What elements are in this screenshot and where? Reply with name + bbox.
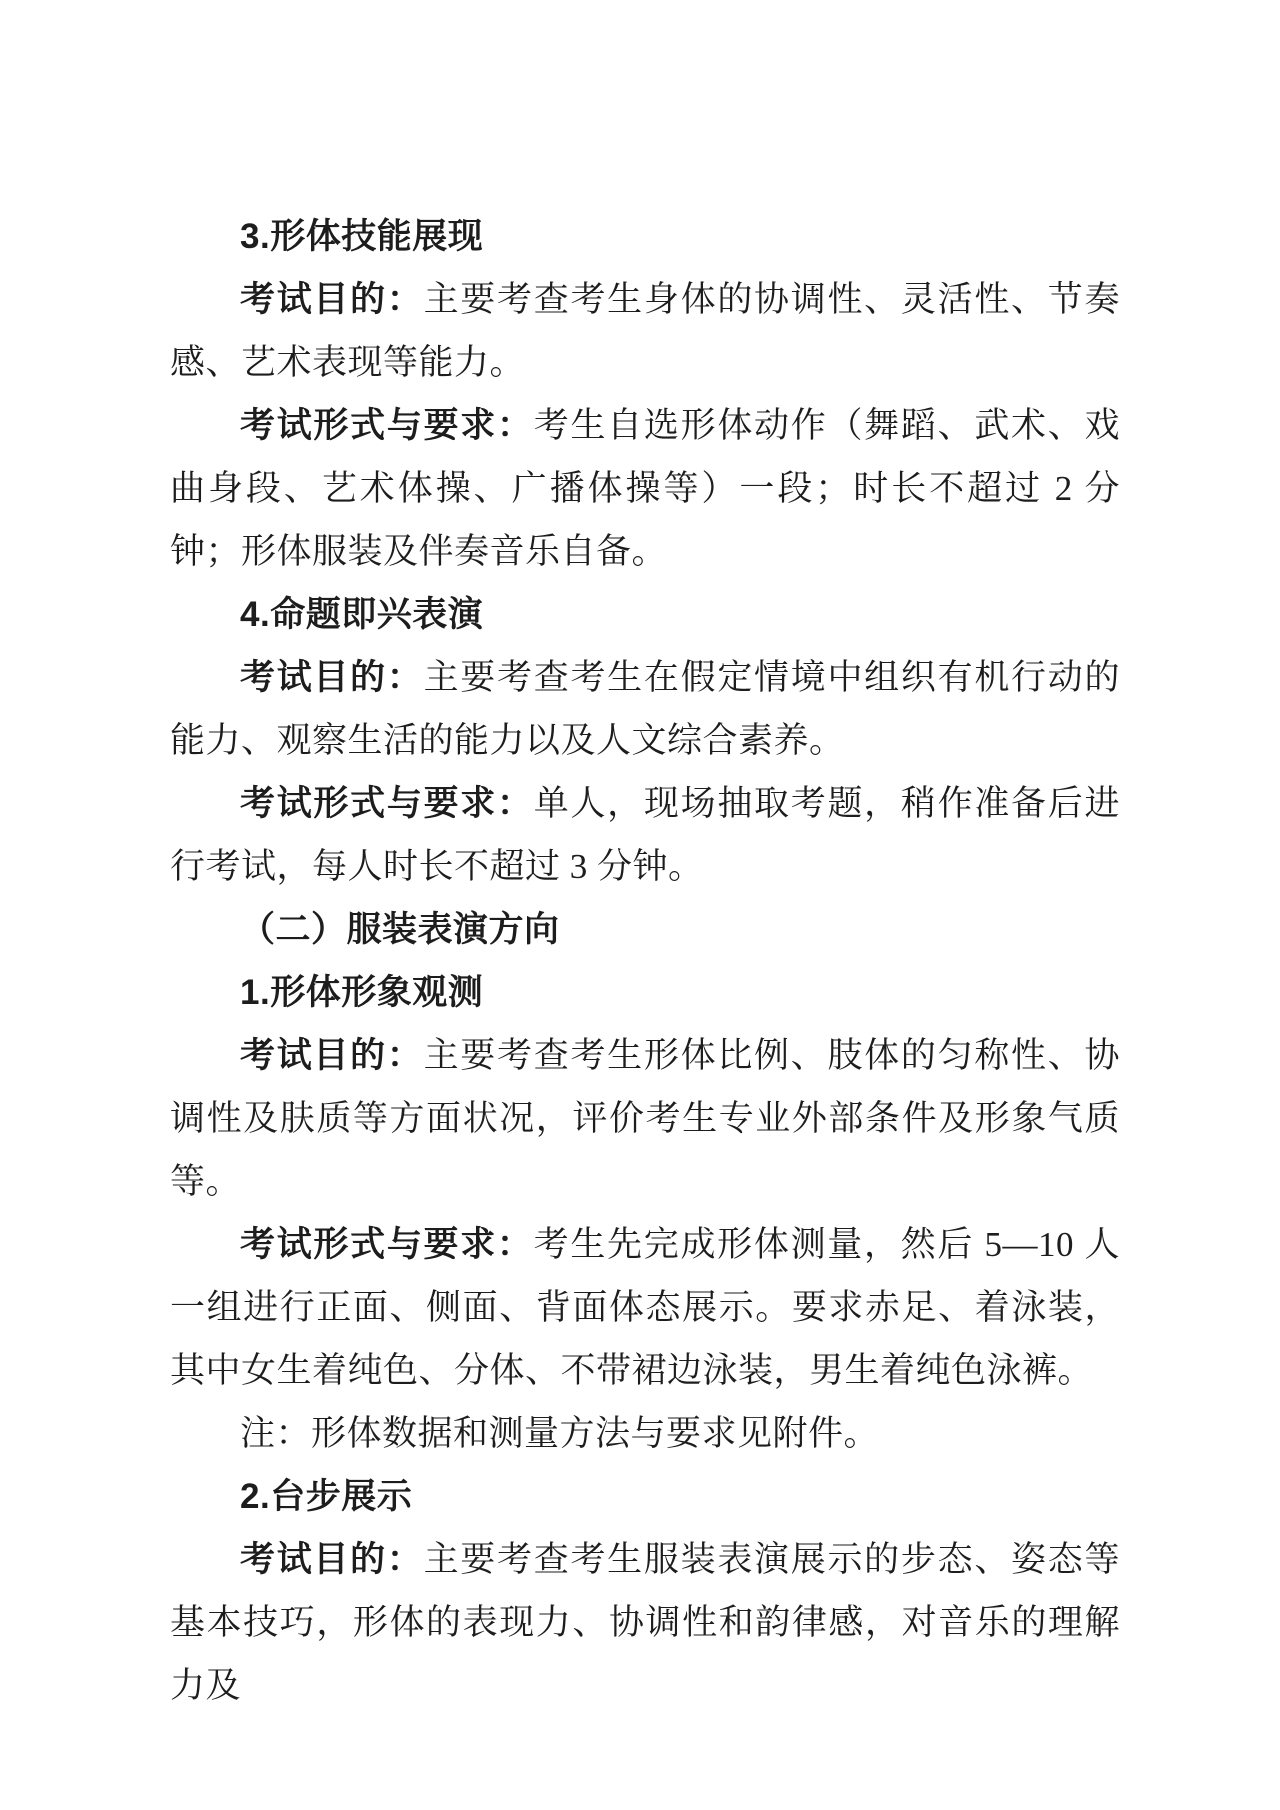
paragraph-exam-purpose-3: 考试目的：主要考查考生形体比例、肢体的匀称性、协调性及肤质等方面状况，评价考生专… — [170, 1024, 1120, 1213]
heading-section-2-fashion-performance: （二）服装表演方向 — [170, 898, 1120, 961]
exam-format-label: 考试形式与要求： — [240, 1225, 534, 1264]
exam-purpose-label: 考试目的： — [240, 1540, 424, 1579]
exam-purpose-label: 考试目的： — [240, 1036, 424, 1075]
paragraph-exam-format-2: 考试形式与要求：单人，现场抽取考题，稍作准备后进行考试，每人时长不超过 3 分钟… — [170, 772, 1120, 898]
heading-item-4-improvised-performance: 4.命题即兴表演 — [170, 583, 1120, 646]
paragraph-exam-purpose-4: 考试目的：主要考查考生服装表演展示的步态、姿态等基本技巧，形体的表现力、协调性和… — [170, 1528, 1120, 1717]
exam-format-label: 考试形式与要求： — [240, 406, 534, 445]
heading-item-2-runway-walk-display: 2.台步展示 — [170, 1465, 1120, 1528]
heading-item-3-physical-skill-display: 3.形体技能展现 — [170, 205, 1120, 268]
paragraph-note-attachment: 注：形体数据和测量方法与要求见附件。 — [170, 1402, 1120, 1465]
paragraph-exam-format-3: 考试形式与要求：考生先完成形体测量，然后 5—10 人一组进行正面、侧面、背面体… — [170, 1213, 1120, 1402]
exam-purpose-label: 考试目的： — [240, 658, 424, 697]
exam-format-label: 考试形式与要求： — [240, 784, 534, 823]
exam-purpose-label: 考试目的： — [240, 280, 424, 319]
document-page: 3.形体技能展现 考试目的：主要考查考生身体的协调性、灵活性、节奏感、艺术表现等… — [170, 205, 1120, 1717]
paragraph-exam-format-1: 考试形式与要求：考生自选形体动作（舞蹈、武术、戏曲身段、艺术体操、广播体操等）一… — [170, 394, 1120, 583]
heading-item-1-body-image-observation: 1.形体形象观测 — [170, 961, 1120, 1024]
paragraph-exam-purpose-1: 考试目的：主要考查考生身体的协调性、灵活性、节奏感、艺术表现等能力。 — [170, 268, 1120, 394]
paragraph-exam-purpose-2: 考试目的：主要考查考生在假定情境中组织有机行动的能力、观察生活的能力以及人文综合… — [170, 646, 1120, 772]
